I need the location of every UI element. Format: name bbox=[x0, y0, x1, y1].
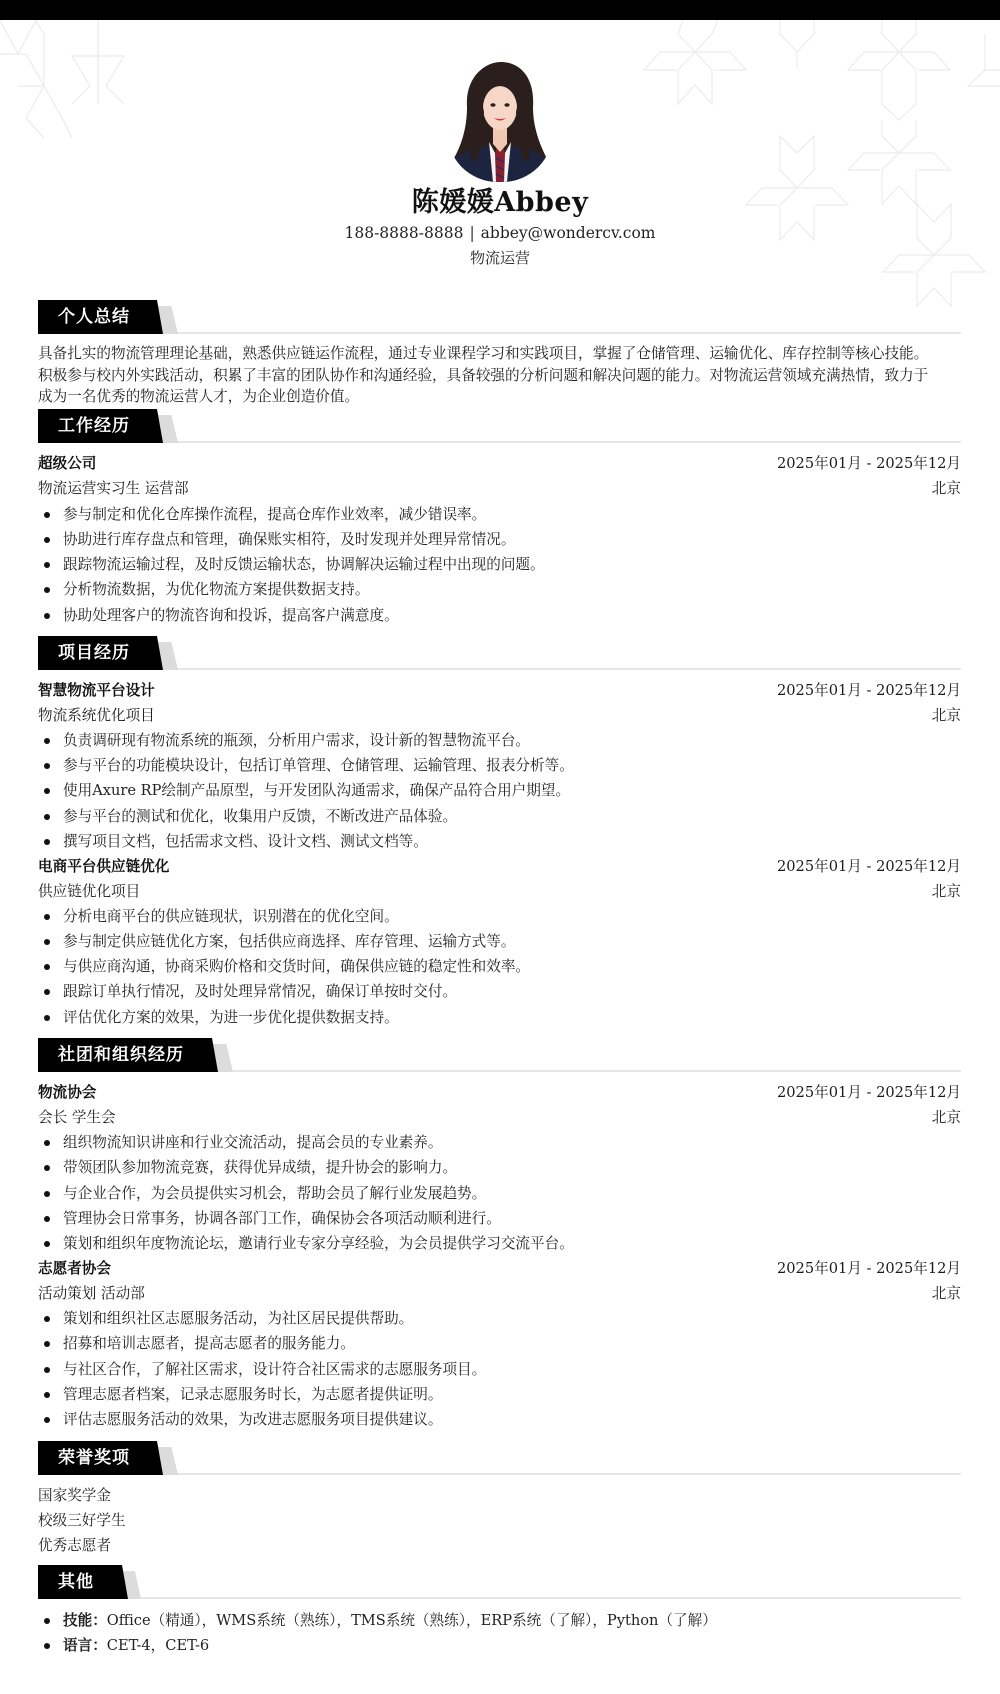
bullet-icon bbox=[44, 587, 50, 593]
project-location: 北京 bbox=[932, 703, 961, 728]
bullet-icon bbox=[44, 814, 50, 820]
skills-value: Office（精通），WMS系统（熟练），TMS系统（熟练），ERP系统（了解）… bbox=[107, 1612, 717, 1629]
bullet-icon bbox=[44, 1643, 50, 1649]
bullet-icon bbox=[44, 1618, 50, 1624]
skills-label: 技能： bbox=[63, 1612, 107, 1629]
list-item: 参与制定供应链优化方案，包括供应商选择、库存管理、运输方式等。 bbox=[38, 929, 961, 954]
bullet-icon bbox=[44, 763, 50, 769]
bullet-icon bbox=[44, 788, 50, 794]
award-item: 优秀志愿者 bbox=[38, 1533, 111, 1558]
list-item: 参与平台的功能模块设计，包括订单管理、仓储管理、运输管理、报表分析等。 bbox=[38, 753, 961, 778]
section-title: 其他 bbox=[38, 1565, 128, 1599]
bullet-icon bbox=[44, 989, 50, 995]
club-date: 2025年01月 - 2025年12月 bbox=[777, 1080, 961, 1105]
list-item: 与供应商沟通，协商采购价格和交货时间，确保供应链的稳定性和效率。 bbox=[38, 954, 961, 979]
summary-text: 具备扎实的物流管理理论基础，熟悉供应链运作流程，通过专业课程学习和实践项目，掌握… bbox=[38, 343, 963, 408]
club-item-subheader: 会长 学生会 北京 bbox=[38, 1105, 961, 1130]
club-role: 活动策划 活动部 bbox=[38, 1281, 145, 1306]
contact-separator: | bbox=[469, 224, 474, 242]
section-header-work: 工作经历 bbox=[38, 409, 961, 443]
list-item: 跟踪物流运输过程，及时反馈运输状态，协调解决运输过程中出现的问题。 bbox=[38, 552, 961, 577]
club-name: 志愿者协会 bbox=[38, 1256, 111, 1281]
club-date: 2025年01月 - 2025年12月 bbox=[777, 1256, 961, 1281]
list-item: 负责调研现有物流系统的瓶颈，分析用户需求，设计新的智慧物流平台。 bbox=[38, 728, 961, 753]
list-item: 带领团队参加物流竞赛，获得优异成绩，提升协会的影响力。 bbox=[38, 1155, 961, 1180]
award-item: 国家奖学金 bbox=[38, 1483, 111, 1508]
list-item: 使用Axure RP绘制产品原型，与开发团队沟通需求，确保产品符合用户期望。 bbox=[38, 778, 961, 803]
project-location: 北京 bbox=[932, 879, 961, 904]
list-item: 评估志愿服务活动的效果，为改进志愿服务项目提供建议。 bbox=[38, 1407, 961, 1432]
section-header-clubs: 社团和组织经历 bbox=[38, 1038, 961, 1072]
bullet-icon bbox=[44, 1140, 50, 1146]
section-header-other: 其他 bbox=[38, 1565, 961, 1599]
section-title: 社团和组织经历 bbox=[38, 1038, 218, 1072]
bullet-icon bbox=[44, 1367, 50, 1373]
list-item: 策划和组织年度物流论坛，邀请行业专家分享经验，为会员提供学习交流平台。 bbox=[38, 1231, 961, 1256]
bullet-icon bbox=[44, 1341, 50, 1347]
work-date: 2025年01月 - 2025年12月 bbox=[777, 451, 961, 476]
bullet-icon bbox=[44, 839, 50, 845]
list-item: 评估优化方案的效果，为进一步优化提供数据支持。 bbox=[38, 1005, 961, 1030]
list-item: 跟踪订单执行情况，及时处理异常情况，确保订单按时交付。 bbox=[38, 979, 961, 1004]
bullet-icon bbox=[44, 1417, 50, 1423]
email-address: abbey@wondercv.com bbox=[481, 224, 656, 242]
phone-number: 188-8888-8888 bbox=[344, 224, 463, 242]
list-item: 协助进行库存盘点和管理，确保账实相符，及时发现并处理异常情况。 bbox=[38, 527, 961, 552]
list-item: 与企业合作，为会员提供实习机会，帮助会员了解行业发展趋势。 bbox=[38, 1181, 961, 1206]
club-location: 北京 bbox=[932, 1105, 961, 1130]
project-name: 电商平台供应链优化 bbox=[38, 854, 169, 879]
list-item: 分析电商平台的供应链现状，识别潜在的优化空间。 bbox=[38, 904, 961, 929]
job-title: 物流运营 bbox=[0, 247, 1000, 268]
work-item-subheader: 物流运营实习生 运营部 北京 bbox=[38, 476, 961, 501]
work-location: 北京 bbox=[932, 476, 961, 501]
summary-line: 成为一名优秀的物流运营人才，为企业创造价值。 bbox=[38, 386, 963, 408]
bullet-icon bbox=[44, 1241, 50, 1247]
work-item-header: 超级公司 2025年01月 - 2025年12月 bbox=[38, 451, 961, 476]
list-item: 策划和组织社区志愿服务活动，为社区居民提供帮助。 bbox=[38, 1306, 961, 1331]
award-item: 校级三好学生 bbox=[38, 1508, 126, 1533]
bullet-icon bbox=[44, 537, 50, 543]
skills-item: 技能：Office（精通），WMS系统（熟练），TMS系统（熟练），ERP系统（… bbox=[38, 1608, 961, 1633]
section-header-awards: 荣誉奖项 bbox=[38, 1441, 961, 1475]
list-item: 参与平台的测试和优化，收集用户反馈，不断改进产品体验。 bbox=[38, 804, 961, 829]
project-date: 2025年01月 - 2025年12月 bbox=[777, 854, 961, 879]
languages-value: CET-4，CET-6 bbox=[107, 1637, 209, 1654]
list-item: 招募和培训志愿者，提高志愿者的服务能力。 bbox=[38, 1331, 961, 1356]
bullet-icon bbox=[44, 1165, 50, 1171]
list-item: 参与制定和优化仓库操作流程，提高仓库作业效率，减少错误率。 bbox=[38, 502, 961, 527]
project-role: 供应链优化项目 bbox=[38, 879, 140, 904]
project-role: 物流系统优化项目 bbox=[38, 703, 155, 728]
avatar bbox=[447, 62, 553, 182]
section-header-summary: 个人总结 bbox=[38, 300, 961, 334]
summary-line: 积极参与校内外实践活动，积累了丰富的团队协作和沟通经验，具备较强的分析问题和解决… bbox=[38, 365, 963, 387]
section-header-projects: 项目经历 bbox=[38, 636, 961, 670]
contact-line: 188-8888-8888|abbey@wondercv.com bbox=[0, 224, 1000, 242]
club-item-subheader: 活动策划 活动部 北京 bbox=[38, 1281, 961, 1306]
bullet-icon bbox=[44, 1316, 50, 1322]
list-item: 分析物流数据，为优化物流方案提供数据支持。 bbox=[38, 577, 961, 602]
section-title: 工作经历 bbox=[38, 409, 163, 443]
work-org: 超级公司 bbox=[38, 451, 96, 476]
project-item-subheader: 物流系统优化项目 北京 bbox=[38, 703, 961, 728]
list-item: 管理志愿者档案，记录志愿服务时长，为志愿者提供证明。 bbox=[38, 1382, 961, 1407]
avatar-photo bbox=[447, 62, 553, 182]
project-item-subheader: 供应链优化项目 北京 bbox=[38, 879, 961, 904]
section-title: 个人总结 bbox=[38, 300, 163, 334]
bullet-icon bbox=[44, 512, 50, 518]
project-item-header: 电商平台供应链优化 2025年01月 - 2025年12月 bbox=[38, 854, 961, 879]
list-item: 管理协会日常事务，协调各部门工作，确保协会各项活动顺利进行。 bbox=[38, 1206, 961, 1231]
bullet-icon bbox=[44, 964, 50, 970]
work-role: 物流运营实习生 运营部 bbox=[38, 476, 189, 501]
list-item: 撰写项目文档，包括需求文档、设计文档、测试文档等。 bbox=[38, 829, 961, 854]
bullet-icon bbox=[44, 939, 50, 945]
bullet-icon bbox=[44, 562, 50, 568]
project-name: 智慧物流平台设计 bbox=[38, 678, 155, 703]
summary-line: 具备扎实的物流管理理论基础，熟悉供应链运作流程，通过专业课程学习和实践项目，掌握… bbox=[38, 343, 963, 365]
club-name: 物流协会 bbox=[38, 1080, 96, 1105]
list-item: 组织物流知识讲座和行业交流活动，提高会员的专业素养。 bbox=[38, 1130, 961, 1155]
club-role: 会长 学生会 bbox=[38, 1105, 116, 1130]
section-rule bbox=[38, 1597, 961, 1599]
bullet-icon bbox=[44, 1191, 50, 1197]
list-item: 协助处理客户的物流咨询和投诉，提高客户满意度。 bbox=[38, 603, 961, 628]
bullet-icon bbox=[44, 1015, 50, 1021]
list-item: 与社区合作，了解社区需求，设计符合社区需求的志愿服务项目。 bbox=[38, 1357, 961, 1382]
bullet-icon bbox=[44, 738, 50, 744]
bullet-icon bbox=[44, 1392, 50, 1398]
section-title: 荣誉奖项 bbox=[38, 1441, 163, 1475]
languages-item: 语言：CET-4，CET-6 bbox=[38, 1633, 961, 1658]
top-black-bar bbox=[0, 0, 1000, 20]
bullet-icon bbox=[44, 914, 50, 920]
decorative-pattern-right bbox=[640, 20, 1000, 320]
decorative-pattern-left bbox=[0, 20, 130, 140]
languages-label: 语言： bbox=[63, 1637, 107, 1654]
candidate-name: 陈媛媛Abbey bbox=[0, 180, 1000, 219]
bullet-icon bbox=[44, 613, 50, 619]
club-item-header: 志愿者协会 2025年01月 - 2025年12月 bbox=[38, 1256, 961, 1281]
project-date: 2025年01月 - 2025年12月 bbox=[777, 678, 961, 703]
bullet-icon bbox=[44, 1216, 50, 1222]
project-item-header: 智慧物流平台设计 2025年01月 - 2025年12月 bbox=[38, 678, 961, 703]
club-item-header: 物流协会 2025年01月 - 2025年12月 bbox=[38, 1080, 961, 1105]
section-title: 项目经历 bbox=[38, 636, 163, 670]
club-location: 北京 bbox=[932, 1281, 961, 1306]
